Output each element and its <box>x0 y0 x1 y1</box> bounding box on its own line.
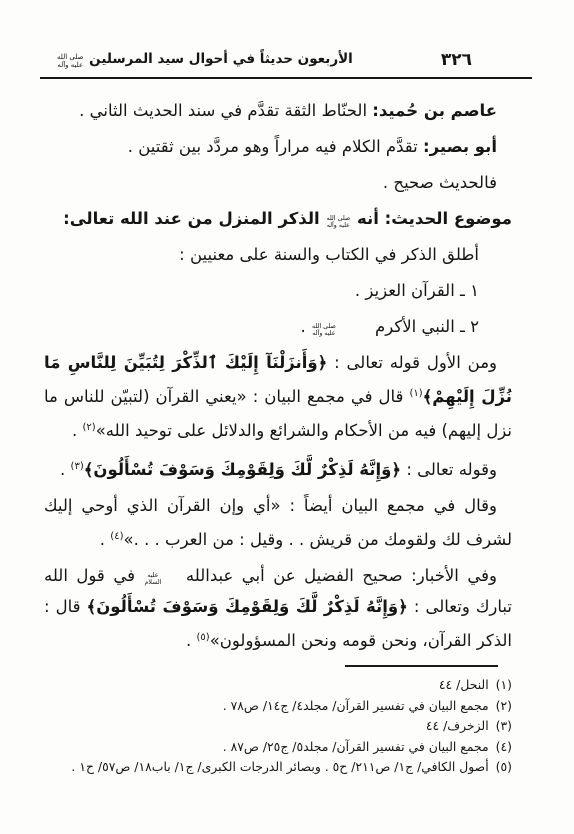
footnote-text: أصول الكافي/ ج١/ ص٢١١/ ح٥ . وبصائر الدرج… <box>71 759 488 774</box>
footnote-number: (١) <box>496 677 512 692</box>
footnote-number: (٥) <box>496 759 512 774</box>
paragraph-text: وفي الأخبار: صحيح الفضيل عن أبي عبدالله <box>177 566 497 585</box>
footnote-item: (٤)مجمع البيان في تفسير القرآن/ مجلد٥/ ج… <box>44 737 512 758</box>
footnote-text: مجمع البيان في تفسير القرآن/ مجلد٥/ ج٢٥/… <box>223 739 489 754</box>
topic-heading: موضوع الحديث: أنه صلى اللهعليه وآله الذك… <box>44 203 512 234</box>
paragraph-text: الحنّاط الثقة تقدَّم في سند الحديث الثان… <box>79 101 372 120</box>
prophet-seal-icon: صلى اللهعليه وآله <box>326 215 350 229</box>
page-number: ٣٢٦ <box>441 50 472 70</box>
footnotes: (١)النحل/ ٤٤ (٢)مجمع البيان في تفسير الق… <box>44 675 512 778</box>
imam-seal-icon: عليهالسلام <box>144 572 176 586</box>
quran-verse: ﴿وَإِنَّهُ لَذِكْرٌ لَّكَ وَلِقَوْمِكَ و… <box>87 597 408 616</box>
prophet-seal-icon: صلى اللهعليه وآله <box>312 323 369 337</box>
footnote-marker: (٤) <box>110 531 123 542</box>
quran-verse: ﴿وَإِنَّهُ لَذِكْرٌ لَّكَ وَلِقَوْمِكَ و… <box>84 460 401 479</box>
list-item-text: ١ ـ القرآن العزيز . <box>355 281 479 300</box>
paragraph-abu-basir: أبو بصير: تقدَّم الكلام فيه مراراً وهو م… <box>44 131 512 162</box>
list-item-1: ١ ـ القرآن العزيز . <box>44 275 512 306</box>
seal-text: عليه وآله <box>312 330 369 337</box>
narrator-name: أبو بصير: <box>423 137 497 156</box>
paragraph-verse-zukhruf: وقوله تعالى : ﴿وَإِنَّهُ لَذِكْرٌ لَّكَ … <box>44 451 512 485</box>
footnote-number: (٢) <box>496 698 512 713</box>
topic-text: موضوع الحديث: أنه <box>351 209 512 228</box>
main-text: عاصم بن حُميد: الحنّاط الثقة تقدَّم في س… <box>44 95 512 656</box>
seal-text: صلى الله <box>326 215 350 222</box>
paragraph-text: . <box>100 530 111 549</box>
topic-text: الذكر المنزل من عند الله تعالى: <box>63 209 325 228</box>
footnote-item: (٢)مجمع البيان في تفسير القرآن/ مجلد٤/ ج… <box>44 696 512 717</box>
list-item-text: ٢ ـ النبي الأكرم <box>370 317 479 336</box>
footnote-number: (٤) <box>496 739 512 754</box>
footnote-marker: (٥) <box>197 632 210 643</box>
narrator-name: عاصم بن حُميد: <box>372 101 497 120</box>
paragraph-text: . <box>186 631 197 650</box>
seal-text: عليه وآله <box>326 222 350 229</box>
paragraph-majma-quote: وقال في مجمع البيان أيضاً : «أي وإن القر… <box>44 490 512 555</box>
paragraph-text: تقدَّم الكلام فيه مراراً وهو مردَّد بين … <box>128 137 423 156</box>
paragraph-meanings: أطلق الذكر في الكتاب والسنة على معنيين : <box>44 239 512 270</box>
paragraph-text: ومن الأول قوله تعالى : <box>327 353 497 372</box>
footnote-marker: (١) <box>409 388 422 399</box>
header-rule <box>40 77 532 79</box>
paragraph-text: أطلق الذكر في الكتاب والسنة على معنيين : <box>179 245 479 264</box>
page-header: ٣٢٦ الأربعون حديثاً في أحوال سيد المرسلي… <box>44 50 512 77</box>
list-item-2: ٢ ـ النبي الأكرم صلى اللهعليه وآله . <box>44 311 512 342</box>
paragraph-asim: عاصم بن حُميد: الحنّاط الثقة تقدَّم في س… <box>44 95 512 126</box>
footnote-text: مجمع البيان في تفسير القرآن/ مجلد٤/ ج١٤/… <box>223 698 489 713</box>
seal-text: السلام <box>144 579 176 586</box>
footnote-item: (١)النحل/ ٤٤ <box>44 675 512 696</box>
footnote-number: (٣) <box>496 718 512 733</box>
seal-text: عليه <box>144 572 176 579</box>
footnote-marker: (٣) <box>71 461 84 472</box>
paragraph-verdict: فالحديث صحيح . <box>44 167 512 198</box>
book-page: ٣٢٦ الأربعون حديثاً في أحوال سيد المرسلي… <box>0 0 574 834</box>
prophet-seal-icon: صلى الله عليه وآله <box>57 54 83 70</box>
paragraph-text: فالحديث صحيح . <box>383 173 497 192</box>
seal-text: عليه وآله <box>57 62 83 70</box>
paragraph-text: . <box>60 460 71 479</box>
running-title: الأربعون حديثاً في أحوال سيد المرسلين صل… <box>56 51 353 70</box>
footnote-text: الزخرف/ ٤٤ <box>426 718 489 733</box>
paragraph-hadith-fudayl: وفي الأخبار: صحيح الفضيل عن أبي عبدالله … <box>44 560 512 656</box>
footnote-text: النحل/ ٤٤ <box>439 677 489 692</box>
paragraph-verse-nahl: ومن الأول قوله تعالى : ﴿وَأَنزَلْنَآ إِل… <box>44 347 512 446</box>
footnote-item: (٥)أصول الكافي/ ج١/ ص٢١١/ ح٥ . وبصائر ال… <box>44 757 512 778</box>
seal-text: صلى الله <box>312 323 369 330</box>
footnote-item: (٣)الزخرف/ ٤٤ <box>44 716 512 737</box>
paragraph-text: وقوله تعالى : <box>401 460 497 479</box>
paragraph-text: . <box>72 421 83 440</box>
footnote-marker: (٢) <box>83 422 96 433</box>
list-item-text: . <box>301 317 312 336</box>
footnotes-separator <box>345 665 498 667</box>
running-title-text: الأربعون حديثاً في أحوال سيد المرسلين <box>89 51 353 67</box>
